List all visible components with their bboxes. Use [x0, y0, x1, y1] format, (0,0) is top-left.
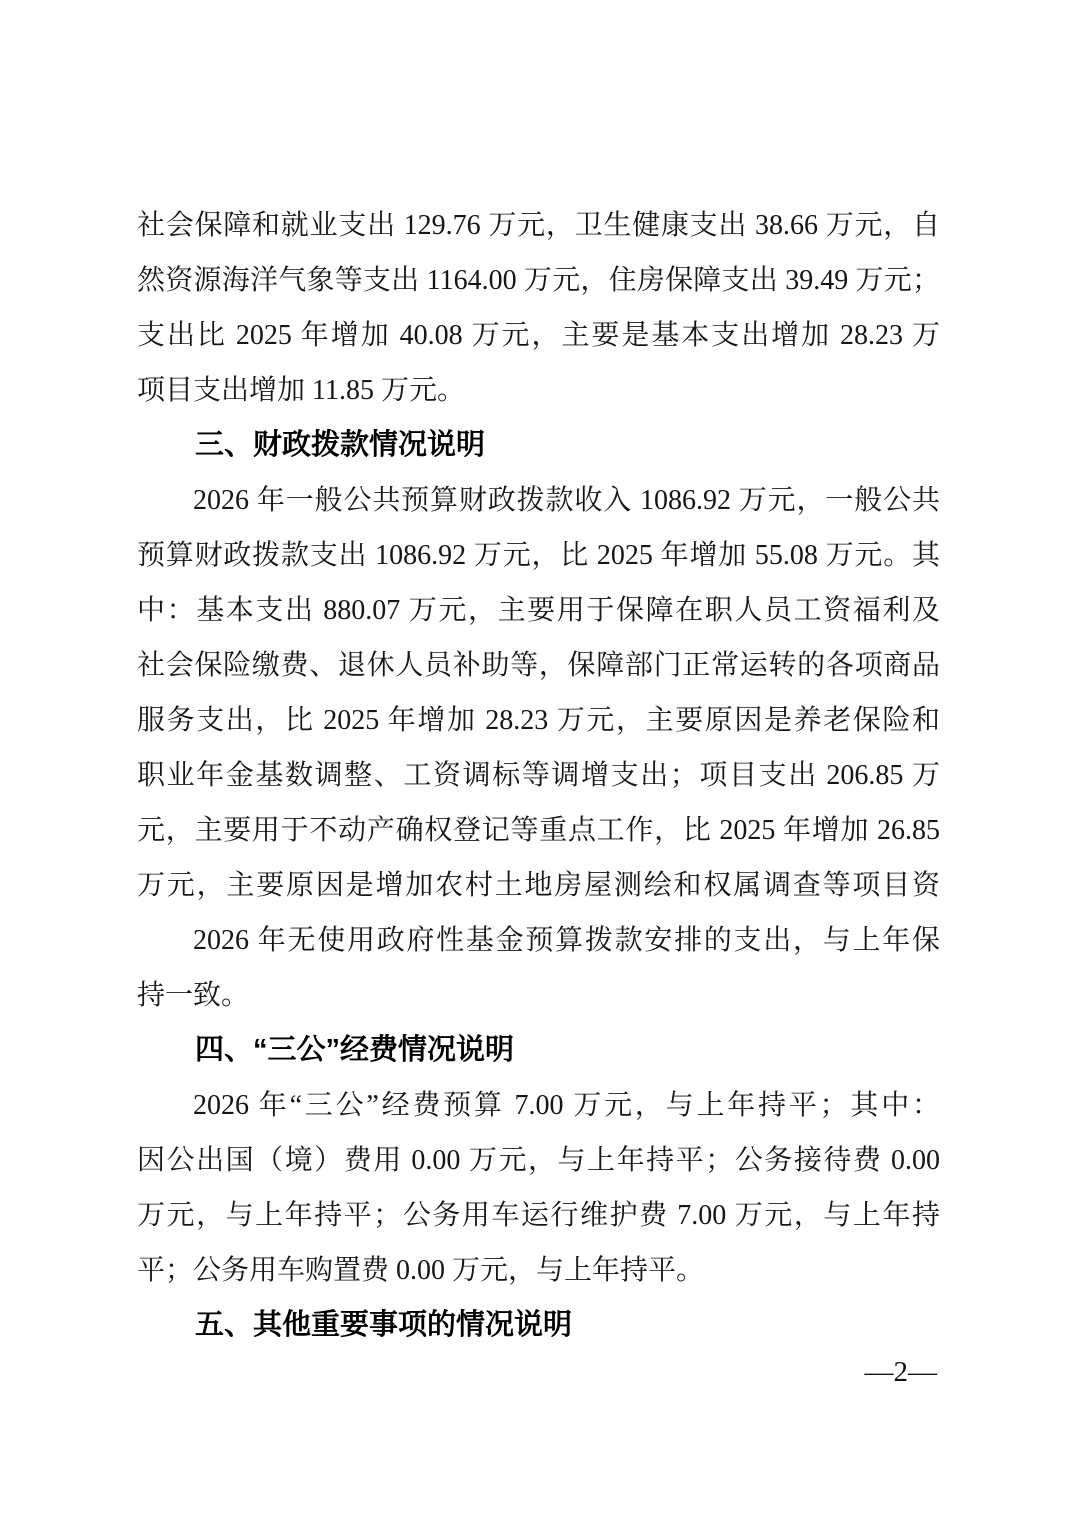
body-line: 万元，主要原因是增加农村土地房屋测绘和权属调查等项目资金。	[137, 858, 940, 913]
body-line: 服务支出，比 2025 年增加 28.23 万元，主要原因是养老保险和	[137, 693, 940, 748]
body-line: 元，主要用于不动产确权登记等重点工作，比 2025 年增加 26.85	[137, 803, 940, 858]
body-line: 社会保险缴费、退休人员补助等，保障部门正常运转的各项商品	[137, 638, 940, 693]
page-content: 社会保障和就业支出 129.76 万元，卫生健康支出 38.66 万元，自 然资…	[137, 198, 940, 1353]
heading-section-4: 四、“三公”经费情况说明	[137, 1023, 940, 1078]
page-number: —2—	[865, 1350, 938, 1395]
body-line: 社会保障和就业支出 129.76 万元，卫生健康支出 38.66 万元，自	[137, 198, 940, 253]
body-line: 2026 年“三公”经费预算 7.00 万元，与上年持平；其中：	[137, 1078, 940, 1133]
body-line: 然资源海洋气象等支出 1164.00 万元，住房保障支出 39.49 万元；	[137, 253, 940, 308]
body-line: 持一致。	[137, 968, 940, 1023]
body-line: 2026 年无使用政府性基金预算拨款安排的支出，与上年保	[137, 913, 940, 968]
heading-section-3: 三、财政拨款情况说明	[137, 418, 940, 473]
body-line: 项目支出增加 11.85 万元。	[137, 363, 940, 418]
body-line: 平；公务用车购置费 0.00 万元，与上年持平。	[137, 1243, 940, 1298]
document-page: 社会保障和就业支出 129.76 万元，卫生健康支出 38.66 万元，自 然资…	[0, 0, 1074, 1520]
body-line: 万元，与上年持平；公务用车运行维护费 7.00 万元，与上年持	[137, 1188, 940, 1243]
body-line: 2026 年一般公共预算财政拨款收入 1086.92 万元，一般公共	[137, 473, 940, 528]
body-line: 预算财政拨款支出 1086.92 万元，比 2025 年增加 55.08 万元。…	[137, 528, 940, 583]
heading-section-5: 五、其他重要事项的情况说明	[137, 1298, 940, 1353]
body-line: 中：基本支出 880.07 万元，主要用于保障在职人员工资福利及	[137, 583, 940, 638]
body-line: 因公出国（境）费用 0.00 万元，与上年持平；公务接待费 0.00	[137, 1133, 940, 1188]
body-line: 支出比 2025 年增加 40.08 万元，主要是基本支出增加 28.23 万元…	[137, 308, 940, 363]
body-line: 职业年金基数调整、工资调标等调增支出；项目支出 206.85 万	[137, 748, 940, 803]
